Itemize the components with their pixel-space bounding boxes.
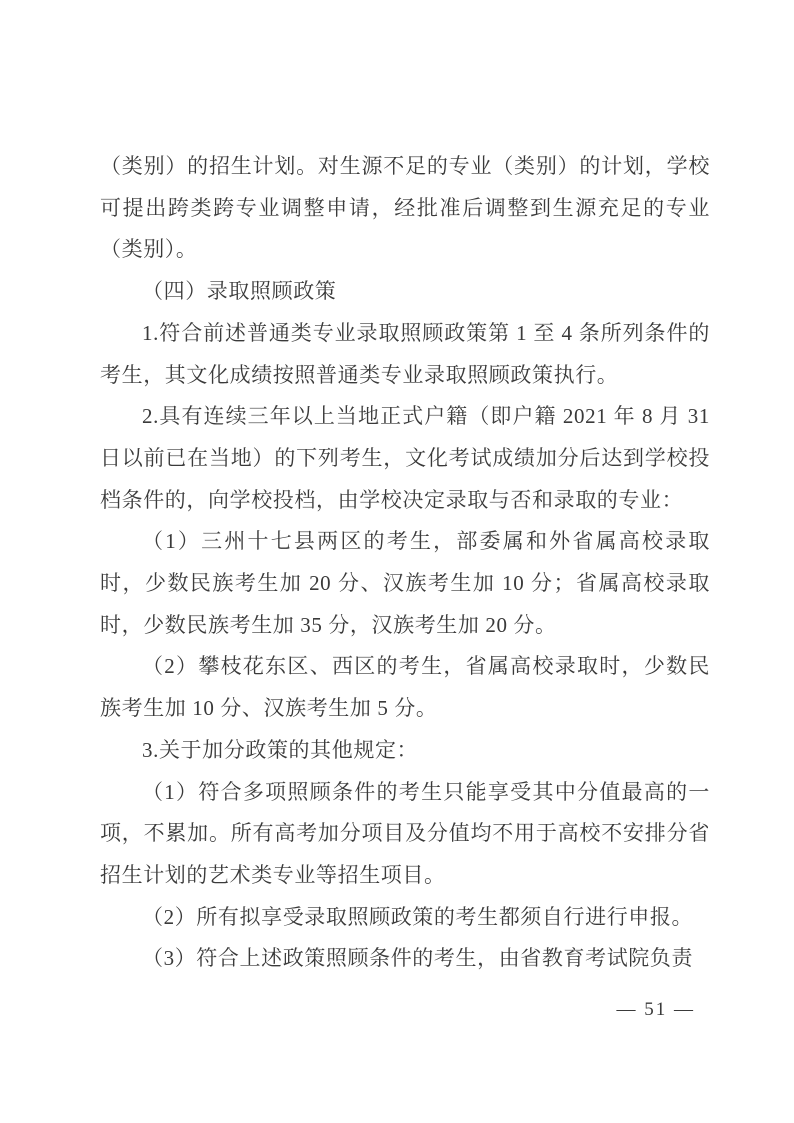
sub-item-2-1: （1）三州十七县两区的考生，部委属和外省属高校录取时，少数民族考生加 20 分、… xyxy=(100,521,710,646)
sub-item-3-3: （3）符合上述政策照顾条件的考生，由省教育考试院负责 xyxy=(100,938,710,980)
sub-item-3-1: （1）符合多项照顾条件的考生只能享受其中分值最高的一项，不累加。所有高考加分项目… xyxy=(100,772,710,897)
section-heading: （四）录取照顾政策 xyxy=(100,271,710,313)
page-number: — 51 — xyxy=(617,998,696,1022)
sub-item-2-2: （2）攀枝花东区、西区的考生，省属高校录取时，少数民族考生加 10 分、汉族考生… xyxy=(100,646,710,729)
sub-item-3-2: （2）所有拟享受录取照顾政策的考生都须自行进行申报。 xyxy=(100,897,710,939)
document-page: （类别）的招生计划。对生源不足的专业（类别）的计划，学校可提出跨类跨专业调整申请… xyxy=(0,0,794,1123)
document-body: （类别）的招生计划。对生源不足的专业（类别）的计划，学校可提出跨类跨专业调整申请… xyxy=(100,146,710,980)
numbered-item-1: 1.符合前述普通类专业录取照顾政策第 1 至 4 条所列条件的考生，其文化成绩按… xyxy=(100,313,710,396)
numbered-item-2: 2.具有连续三年以上当地正式户籍（即户籍 2021 年 8 月 31 日以前已在… xyxy=(100,396,710,521)
numbered-item-3: 3.关于加分政策的其他规定： xyxy=(100,730,710,772)
body-paragraph-continuation: （类别）的招生计划。对生源不足的专业（类别）的计划，学校可提出跨类跨专业调整申请… xyxy=(100,146,710,271)
